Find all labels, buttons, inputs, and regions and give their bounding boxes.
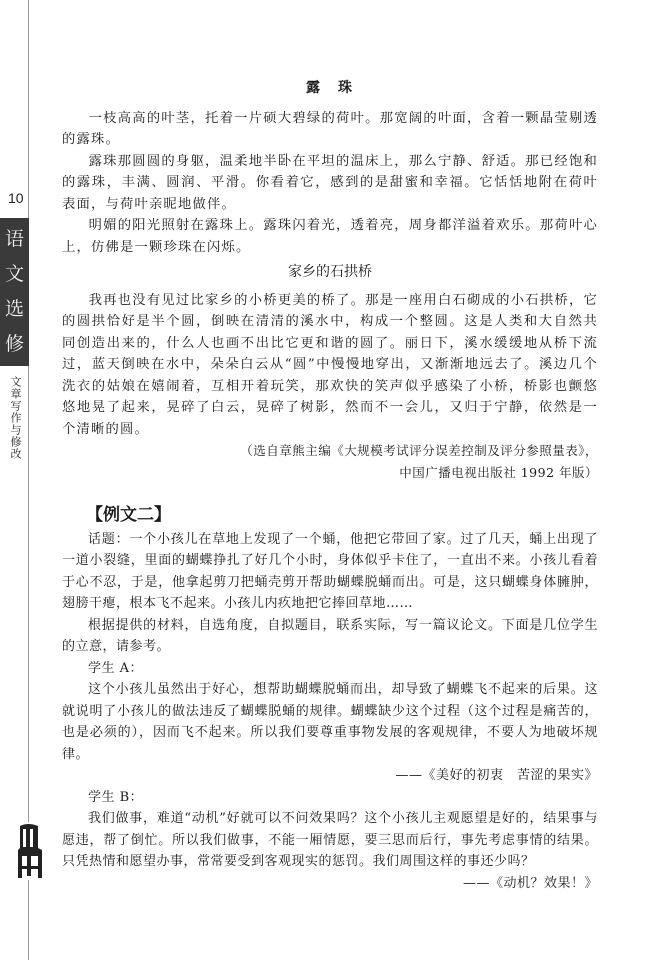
student-b-text: 我们做事，难道“动机”好就可以不问效果吗？这个小孩儿主观愿望是好的，结果事与愿违… <box>62 808 598 873</box>
essay-title-bridge: 家乡的石拱桥 <box>62 262 598 284</box>
paragraph: 露珠那圆圆的身躯，温柔地半卧在平坦的温床上，那么宁静、舒适。那已经饱和的露珠，丰… <box>62 151 598 216</box>
source-citation: （选自章熊主编《大规模考试评分误差控制及评分参照量表》， <box>62 440 598 462</box>
paragraph: 明媚的阳光照射在露珠上。露珠闪着光，透着亮，周身都洋溢着欢乐。那荷叶心上，仿佛是… <box>62 215 598 258</box>
book-title-char: 文 <box>5 265 24 284</box>
student-a-attribution: ——《美好的初衷 苦涩的果实》 <box>62 765 598 787</box>
example-two-section: 【例文二】 话题：一个小孩儿在草地上发现了一个蛹，他把它带回了家。过了几天，蛹上… <box>62 505 598 894</box>
student-a-label: 学生 A： <box>62 658 598 680</box>
student-b-label: 学生 B： <box>62 787 598 809</box>
book-subtitle: 文章写作与修改 <box>8 376 22 460</box>
paragraph: 我再也没有见过比家乡的小桥更美的桥了。那是一座用白石砌成的小石拱桥，它的圆拱恰好… <box>62 290 598 441</box>
student-a-text: 这个小孩儿虽然出于好心，想帮助蝴蝶脱蛹而出，却导致了蝴蝶飞不起来的后果。这就说明… <box>62 679 598 765</box>
margin-rule <box>28 0 29 960</box>
essay-title-dewdrop: 露 珠 <box>62 78 598 100</box>
student-b-attribution: ——《动机？效果！》 <box>62 873 598 895</box>
book-title-char: 语 <box>5 230 24 249</box>
page-content: 露 珠 一枝高高的叶茎，托着一片硕大碧绿的荷叶。那宽阔的叶面，含着一颗晶莹剔透的… <box>62 78 598 894</box>
book-title-char: 修 <box>5 335 24 354</box>
topic-paragraph: 话题：一个小孩儿在草地上发现了一个蛹，他把它带回了家。过了几天，蛹上出现了一道小… <box>62 529 598 615</box>
page-number: 10 <box>8 190 24 206</box>
instruction-paragraph: 根据提供的材料，自选角度，自拟题目，联系实际，写一篇议论文。下面是几位学生的立意… <box>62 615 598 658</box>
book-title-char: 选 <box>5 300 24 319</box>
chair-icon <box>12 822 46 880</box>
paragraph: 一枝高高的叶茎，托着一片硕大碧绿的荷叶。那宽阔的叶面，含着一颗晶莹剔透的露珠。 <box>62 108 598 151</box>
source-publisher: 中国广播电视出版社 1992 年版） <box>62 462 598 484</box>
example-heading: 【例文二】 <box>86 505 598 527</box>
book-title-tab: 语 文 选 修 <box>0 218 29 366</box>
